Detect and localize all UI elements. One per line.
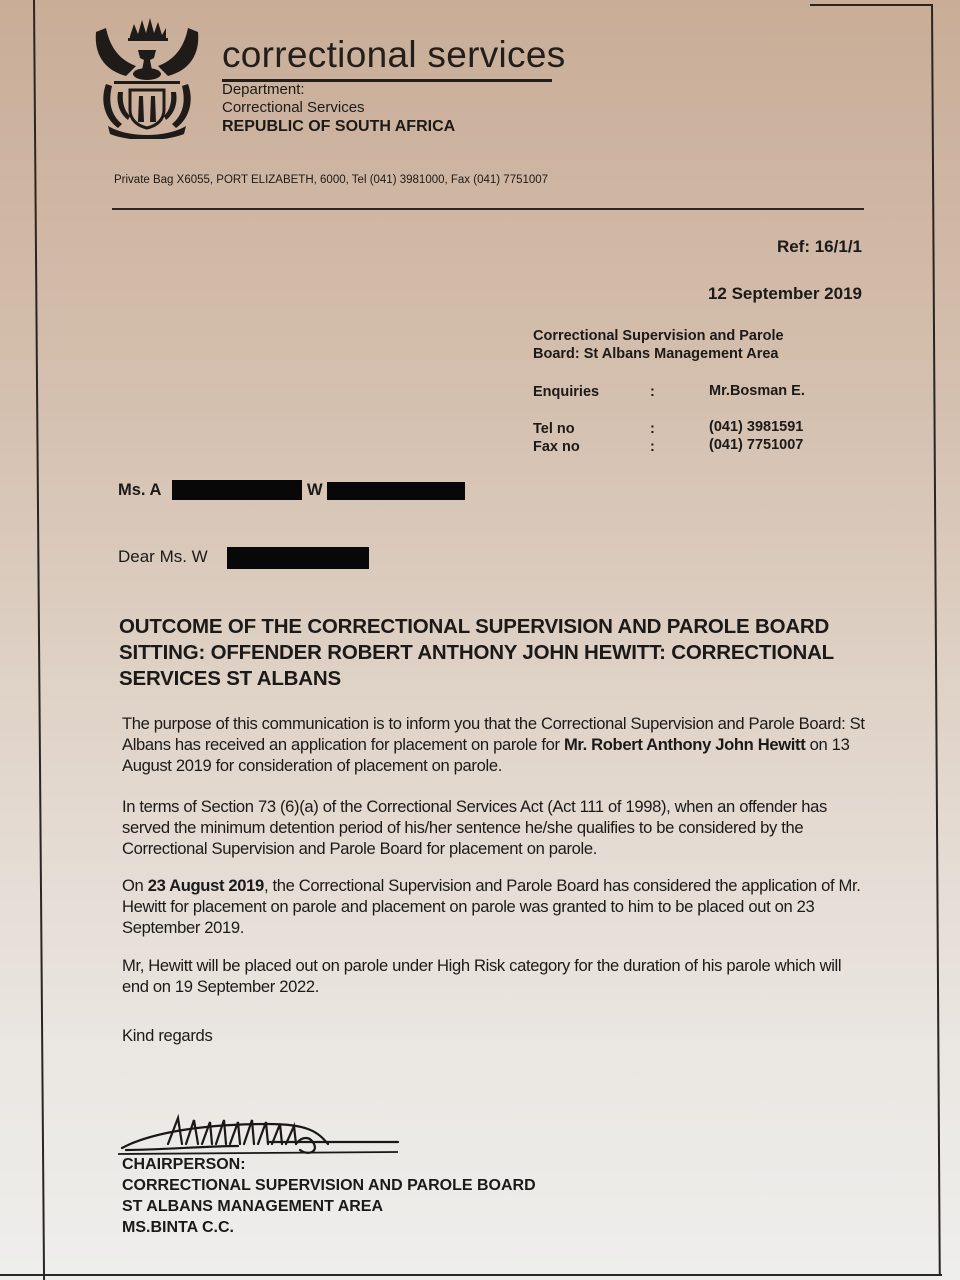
letter-date: 12 September 2019	[708, 284, 862, 304]
fax-label: Fax no	[533, 439, 580, 455]
body-paragraph-2: In terms of Section 73 (6)(a) of the Cor…	[122, 796, 872, 859]
country-name: REPUBLIC OF SOUTH AFRICA	[222, 118, 455, 136]
page-border-bottom	[0, 1274, 942, 1276]
postal-address: Private Bag X6055, PORT ELIZABETH, 6000,…	[114, 174, 548, 186]
fax-value: (041) 7751007	[709, 437, 803, 453]
enquiries-colon: :	[650, 384, 655, 400]
body-paragraph-1: The purpose of this communication is to …	[122, 713, 872, 776]
page-border-left	[33, 0, 45, 1280]
salutation: Dear Ms. W	[118, 547, 208, 567]
redaction-bar	[227, 547, 369, 569]
closing: Kind regards	[122, 1026, 213, 1046]
board-name-line2: Board: St Albans Management Area	[533, 346, 778, 362]
signature-block: CHAIRPERSON: CORRECTIONAL SUPERVISION AN…	[122, 1154, 536, 1238]
signature-icon	[118, 1110, 408, 1160]
redaction-bar	[327, 482, 465, 500]
paragraph-text: On	[122, 876, 148, 895]
recipient-surname-start: W	[307, 481, 323, 500]
tel-colon: :	[650, 421, 655, 437]
reference-number: Ref: 16/1/1	[777, 237, 862, 257]
letter-subject: OUTCOME OF THE CORRECTIONAL SUPERVISION …	[119, 614, 879, 692]
department-brand: correctional services	[222, 34, 566, 76]
signatory-name: MS.BINTA C.C.	[122, 1217, 536, 1238]
recipient-name-start: Ms. A	[118, 481, 161, 500]
tel-value: (041) 3981591	[709, 419, 803, 435]
page-border-top	[810, 4, 932, 6]
board-sitting-date: 23 August 2019	[148, 876, 264, 895]
enquiries-value: Mr.Bosman E.	[709, 383, 805, 399]
tel-label: Tel no	[533, 421, 575, 437]
department-label: Department:	[222, 81, 305, 98]
letter-page: correctional services Department: Correc…	[0, 0, 960, 1280]
body-paragraph-3: On 23 August 2019, the Correctional Supe…	[122, 875, 872, 938]
header-divider	[112, 208, 864, 210]
offender-name: Mr. Robert Anthony John Hewitt	[564, 735, 805, 754]
page-border-right	[931, 4, 941, 1276]
fax-colon: :	[650, 439, 655, 455]
signatory-area: ST ALBANS MANAGEMENT AREA	[122, 1196, 536, 1217]
department-name: Correctional Services	[222, 99, 365, 116]
board-name-line1: Correctional Supervision and Parole	[533, 328, 784, 344]
redaction-bar	[172, 480, 302, 500]
coat-of-arms-icon	[92, 14, 202, 139]
signatory-title: CHAIRPERSON:	[122, 1154, 536, 1175]
body-paragraph-4: Mr, Hewitt will be placed out on parole …	[122, 955, 872, 997]
enquiries-label: Enquiries	[533, 384, 599, 400]
signatory-board: CORRECTIONAL SUPERVISION AND PAROLE BOAR…	[122, 1175, 536, 1196]
